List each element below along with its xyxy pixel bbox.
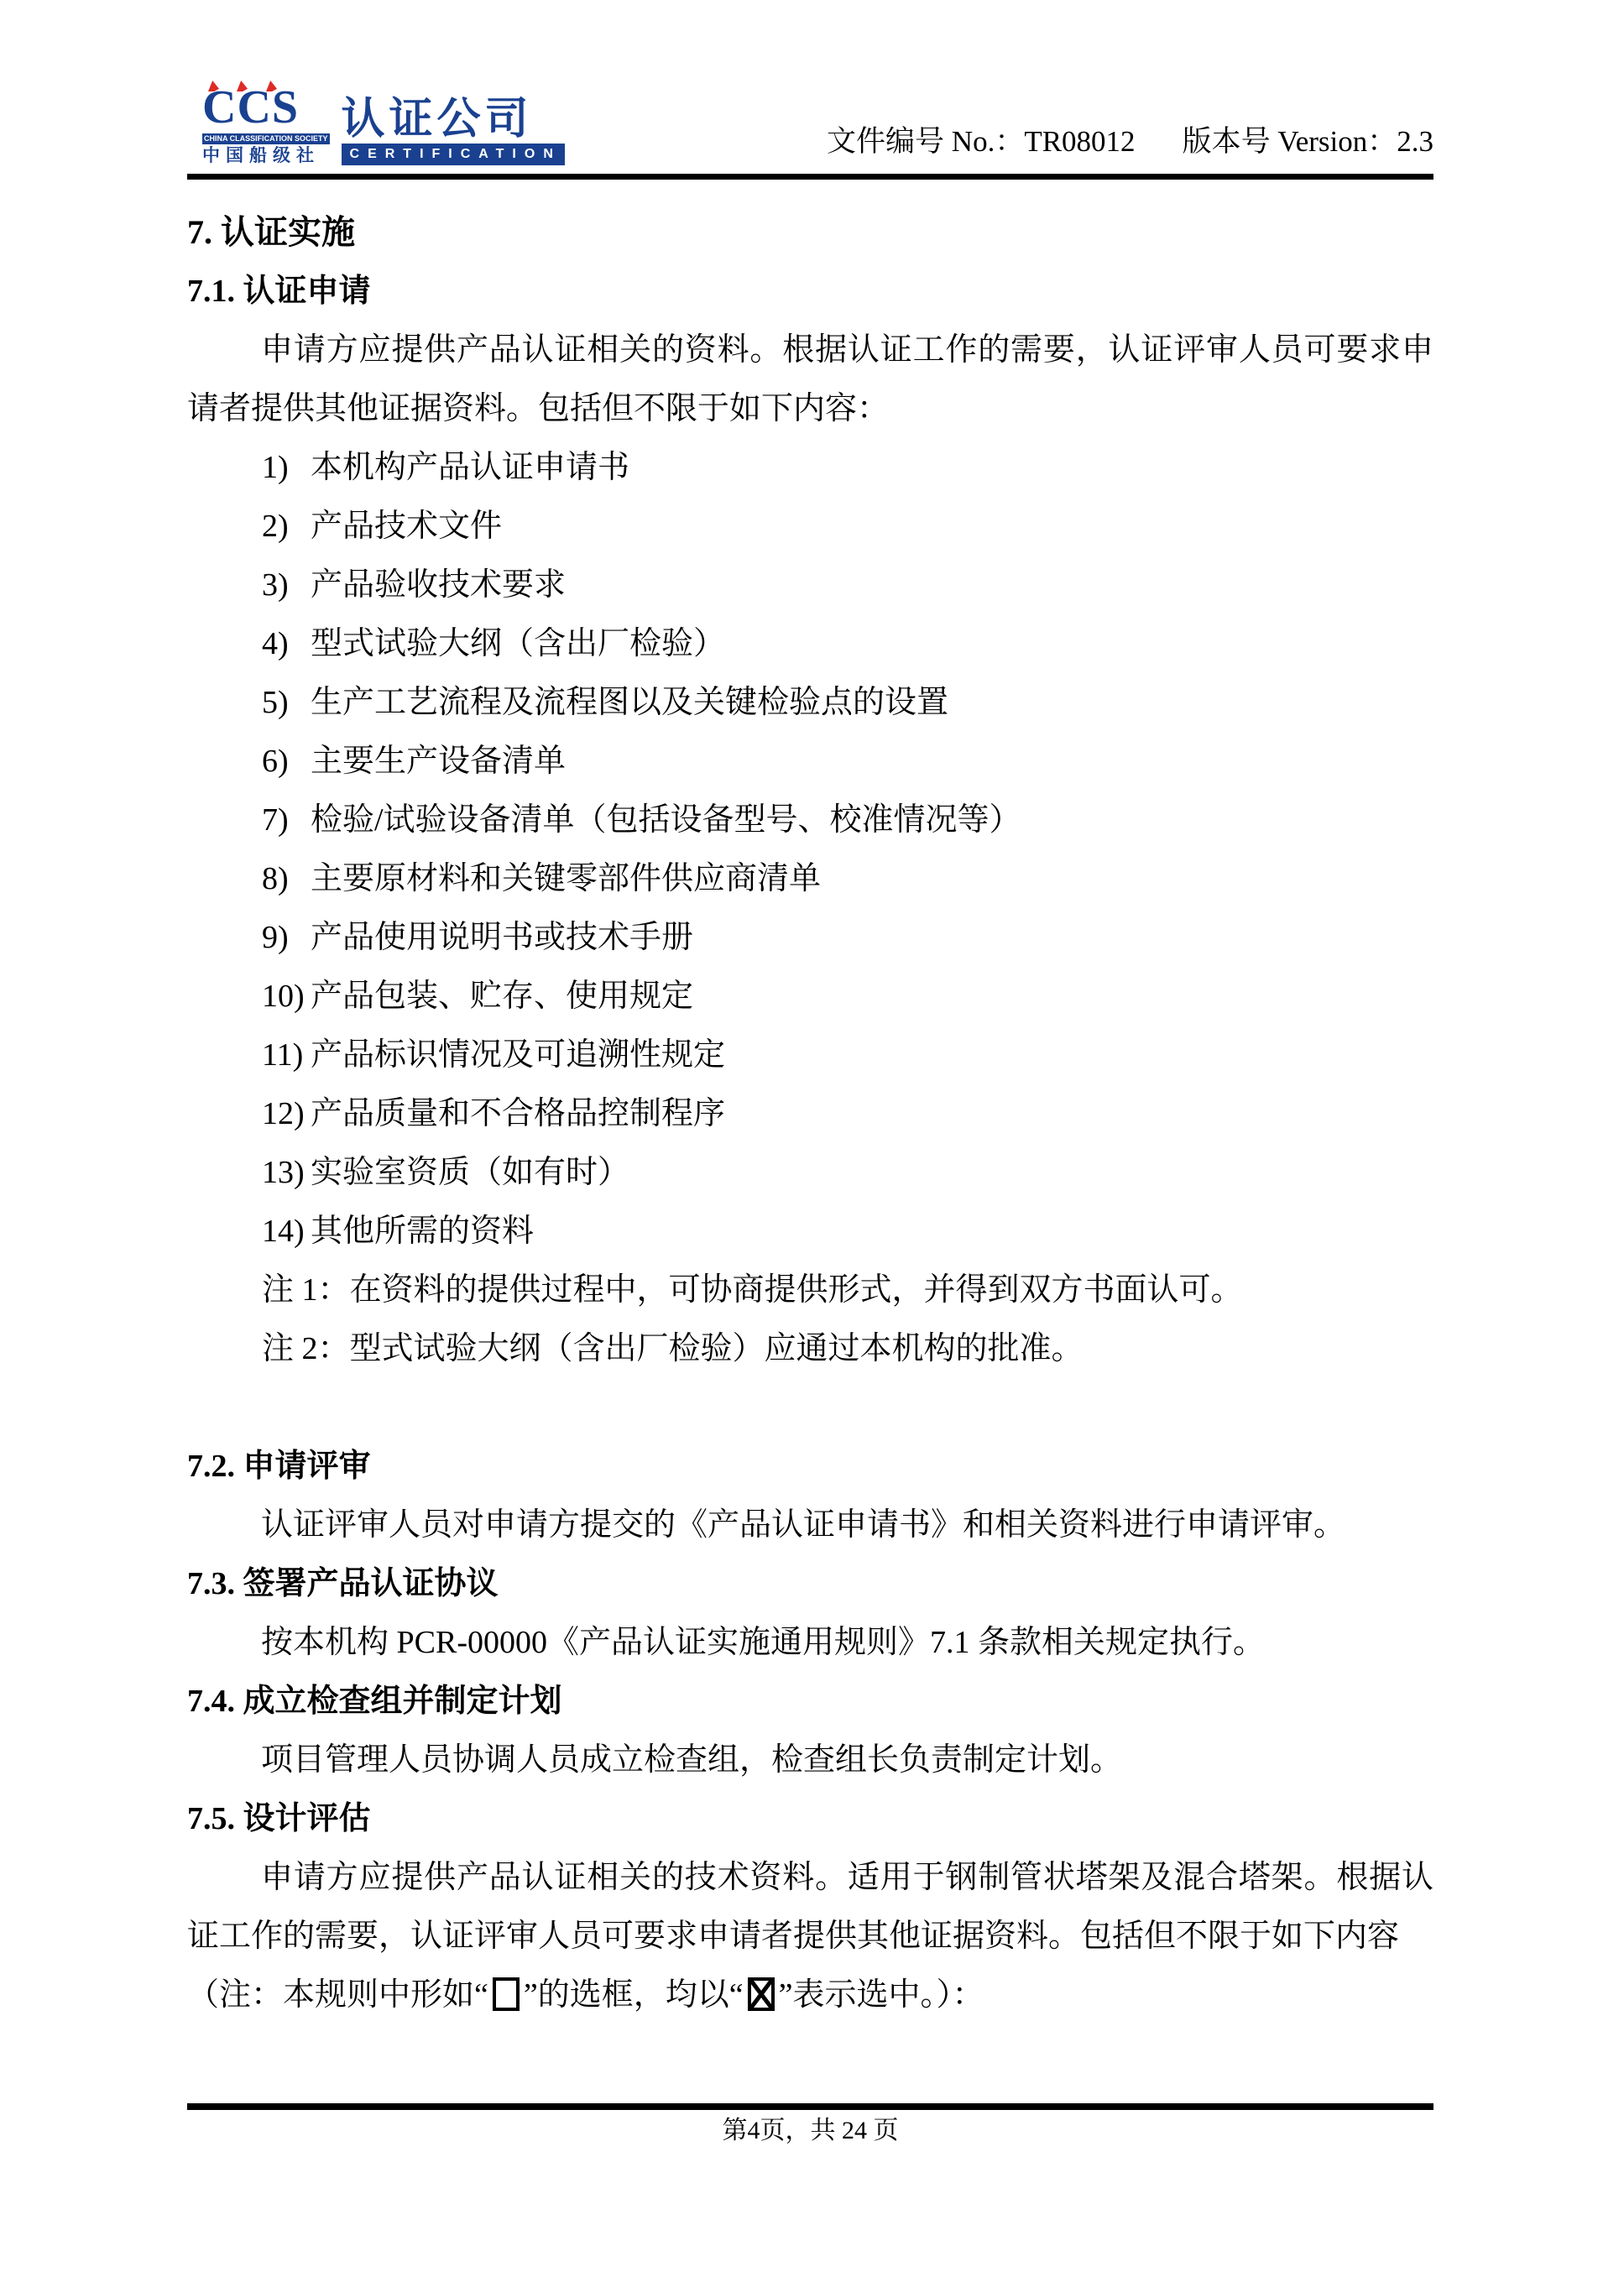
note-1: 注 1：在资料的提供过程中，可协商提供形式，并得到双方书面认可。 (187, 1261, 1433, 1319)
checkbox-note-mid: ”的选框，均以“ (524, 1977, 744, 2013)
list-item-text: 生产工艺流程及流程图以及关键检验点的设置 (311, 685, 948, 720)
list-item: 8)主要原材料和关键零部件供应商清单 (187, 849, 1433, 908)
list-item: 1)本机构产品认证申请书 (187, 438, 1433, 497)
list-item: 14)其他所需的资料 (187, 1202, 1433, 1261)
section-7-2-title: 7.2. 申请评审 (187, 1437, 1433, 1496)
list-item-number: 9) (262, 908, 311, 967)
list-item: 13)实验室资质（如有时） (187, 1143, 1433, 1202)
list-item: 7)检验/试验设备清单（包括设备型号、校准情况等） (187, 791, 1433, 849)
list-item: 9)产品使用说明书或技术手册 (187, 908, 1433, 967)
list-item-number: 5) (262, 673, 311, 732)
list-item-number: 6) (262, 732, 311, 791)
ccs-logotype: CCS (202, 86, 330, 132)
checkbox-unchecked-icon (493, 1977, 520, 2011)
checkbox-checked-icon (748, 1977, 775, 2011)
note-2-text: 型式试验大纲（含出厂检验）应通过本机构的批准。 (350, 1331, 1084, 1366)
section-7-1-title: 7.1. 认证申请 (187, 262, 1433, 321)
list-item: 3)产品验收技术要求 (187, 556, 1433, 614)
list-item-text: 检验/试验设备清单（包括设备型号、校准情况等） (311, 802, 1021, 838)
section-7-4-title: 7.4. 成立检查组并制定计划 (187, 1672, 1433, 1731)
checkbox-note-prefix: （注：本规则中形如“ (187, 1977, 488, 2013)
certification-company-cn-label: 认证公司 (342, 98, 565, 142)
section-7-1-intro: 申请方应提供产品认证相关的资料。根据认证工作的需要，认证评审人员可要求申请者提供… (187, 321, 1433, 438)
list-item-number: 7) (262, 791, 311, 849)
list-item-text: 产品验收技术要求 (311, 567, 566, 603)
doc-number: 文件编号 No.：TR08012 (827, 125, 1136, 159)
list-item-text: 产品质量和不合格品控制程序 (311, 1096, 725, 1131)
section-7-3-para: 按本机构 PCR-00000《产品认证实施通用规则》7.1 条款相关规定执行。 (187, 1613, 1433, 1672)
note-1-label: 注 1： (262, 1272, 350, 1308)
list-item-text: 主要原材料和关键零部件供应商清单 (311, 861, 821, 896)
list-item: 11)产品标识情况及可追溯性规定 (187, 1026, 1433, 1084)
list-item-number: 4) (262, 614, 311, 673)
list-item-number: 10) (262, 967, 311, 1026)
section-7-5-title: 7.5. 设计评估 (187, 1789, 1433, 1848)
header-doc-info: 文件编号 No.：TR08012 版本号 Version：2.3 (827, 125, 1433, 165)
list-item: 4)型式试验大纲（含出厂检验） (187, 614, 1433, 673)
list-item: 12)产品质量和不合格品控制程序 (187, 1084, 1433, 1143)
ccs-society-en-banner: CHINA CLASSIFICATION SOCIETY (202, 133, 330, 144)
ccs-logo-text: CCS (202, 86, 330, 128)
list-item-number: 14) (262, 1202, 311, 1261)
list-item-number: 8) (262, 849, 311, 908)
list-item-number: 2) (262, 497, 311, 556)
ccs-logo: CCS CHINA CLASSIFICATION SOCIETY 中国船级社 认… (202, 86, 565, 165)
checkbox-note-line: （注：本规则中形如“”的选框，均以“”表示选中。）： (187, 1966, 1433, 2024)
list-item-text: 产品使用说明书或技术手册 (311, 920, 693, 955)
section-7-2-para: 认证评审人员对申请方提交的《产品认证申请书》和相关资料进行申请评审。 (187, 1496, 1433, 1554)
section-7-5-para: 申请方应提供产品认证相关的技术资料。适用于钢制管状塔架及混合塔架。根据认证工作的… (187, 1848, 1433, 1966)
page-footer: 第4页，共 24 页 (187, 2103, 1433, 2149)
list-item-text: 产品技术文件 (311, 509, 502, 544)
ccs-logo-left: CCS CHINA CLASSIFICATION SOCIETY 中国船级社 (202, 86, 330, 165)
blank-line (187, 1378, 1433, 1437)
ccs-logo-right: 认证公司 CERTIFICATION (342, 98, 565, 165)
list-item-number: 11) (262, 1026, 311, 1084)
checkbox-note-suffix: ”表示选中。）： (779, 1977, 984, 2013)
required-documents-list: 1)本机构产品认证申请书 2)产品技术文件 3)产品验收技术要求 4)型式试验大… (187, 438, 1433, 1261)
ccs-society-cn-label: 中国船级社 (202, 145, 330, 165)
list-item-number: 12) (262, 1084, 311, 1143)
page-header: CCS CHINA CLASSIFICATION SOCIETY 中国船级社 认… (187, 0, 1433, 180)
list-item: 2)产品技术文件 (187, 497, 1433, 556)
page-number: 第4页，共 24 页 (187, 2113, 1433, 2149)
certification-en-banner: CERTIFICATION (342, 144, 565, 165)
list-item-number: 3) (262, 556, 311, 614)
list-item: 5)生产工艺流程及流程图以及关键检验点的设置 (187, 673, 1433, 732)
list-item-text: 其他所需的资料 (311, 1214, 534, 1249)
list-item-text: 主要生产设备清单 (311, 744, 566, 779)
document-page: CCS CHINA CLASSIFICATION SOCIETY 中国船级社 认… (0, 0, 1624, 2277)
doc-version: 版本号 Version：2.3 (1183, 125, 1433, 159)
list-item: 6)主要生产设备清单 (187, 732, 1433, 791)
note-2: 注 2：型式试验大纲（含出厂检验）应通过本机构的批准。 (187, 1319, 1433, 1378)
section-7-4-para: 项目管理人员协调人员成立检查组，检查组长负责制定计划。 (187, 1731, 1433, 1789)
section-7-title: 7. 认证实施 (187, 203, 1433, 262)
list-item-number: 13) (262, 1143, 311, 1202)
note-2-label: 注 2： (262, 1331, 350, 1366)
document-body: 7. 认证实施 7.1. 认证申请 申请方应提供产品认证相关的资料。根据认证工作… (187, 180, 1433, 2024)
list-item-text: 型式试验大纲（含出厂检验） (311, 626, 725, 661)
section-7-3-title: 7.3. 签署产品认证协议 (187, 1554, 1433, 1613)
list-item-text: 实验室资质（如有时） (311, 1155, 629, 1190)
list-item-number: 1) (262, 438, 311, 497)
list-item-text: 产品包装、贮存、使用规定 (311, 979, 693, 1014)
list-item-text: 本机构产品认证申请书 (311, 450, 629, 485)
list-item: 10)产品包装、贮存、使用规定 (187, 967, 1433, 1026)
list-item-text: 产品标识情况及可追溯性规定 (311, 1037, 725, 1073)
note-1-text: 在资料的提供过程中，可协商提供形式，并得到双方书面认可。 (350, 1272, 1243, 1308)
